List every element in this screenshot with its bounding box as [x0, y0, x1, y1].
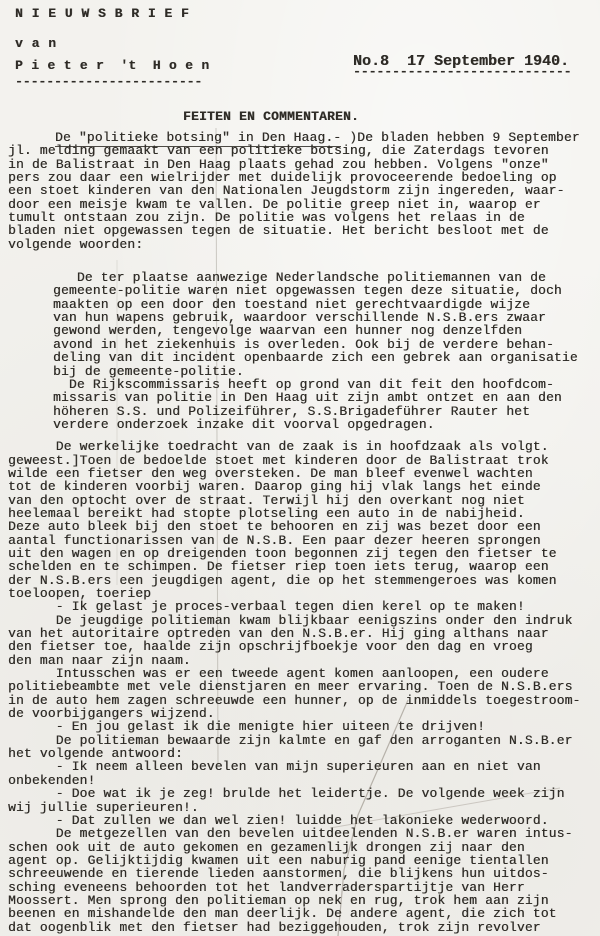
section-heading: FEITEN EN COMMENTAREN. [183, 109, 359, 124]
newsletter-subtitle-van: v a n [15, 36, 57, 51]
newsletter-title: N I E U W S B R I E F [15, 6, 189, 21]
newsletter-page: N I E U W S B R I E F v a n P i e t e r … [0, 0, 600, 936]
issue-dashed-rule: ---------------------------- [353, 64, 571, 79]
newsletter-author: P i e t e r 't H o e n [15, 58, 209, 73]
article-body: De "politieke botsing" in Den Haag.- )De… [8, 131, 600, 934]
press-quote-block: De ter plaatse aanwezige Nederlandsche p… [53, 271, 600, 431]
article-lead-line: De "politieke botsing" in Den Haag.- )De… [8, 131, 600, 144]
article-paragraph-intro: jl. melding gemaakt van een politieke bo… [8, 144, 600, 251]
article-paragraph-account: De werkelijke toedracht van de zaak is i… [8, 440, 600, 934]
author-dashed-rule: ------------------------ [15, 74, 202, 89]
